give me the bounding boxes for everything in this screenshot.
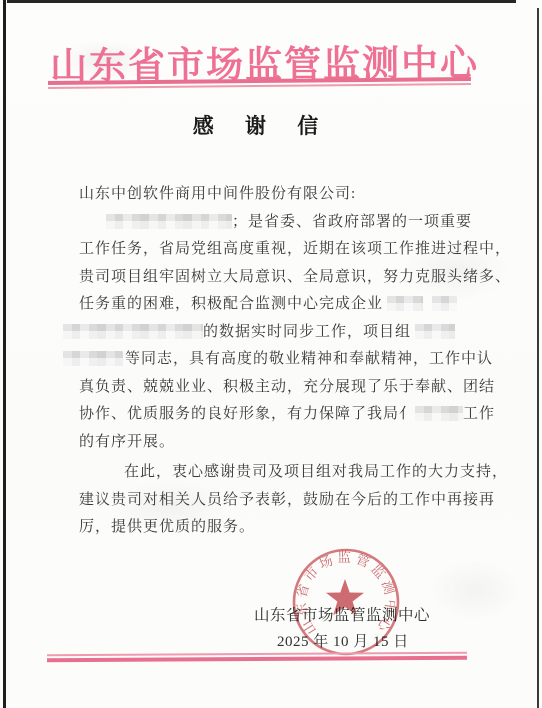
body-line: 任务重的困难，积极配合监测中心完成企业 <box>79 291 513 319</box>
body-line: 等同志，具有高度的敬业精神和奉献精神，工作中认 <box>79 346 513 374</box>
letter-body: 山东中创软件商用中间件股份有限公司: ；是省委、省政府部署的一项重要 工作任务，… <box>79 181 513 542</box>
redaction-block <box>432 296 457 311</box>
greeting-text: 山东中创软件商用中间件股份有限公司: <box>79 186 356 202</box>
photo-edge-right <box>537 8 539 708</box>
letter-scan: 山东省市场监管监测中心 感 谢 信 山东中创软件商用中间件股份有限公司: ；是省… <box>0 0 542 708</box>
photo-edge-left <box>3 0 6 708</box>
partial-char: 亻 <box>399 406 415 422</box>
photo-edge-top <box>7 0 516 3</box>
redaction-block <box>415 324 455 339</box>
redaction-block <box>106 214 232 229</box>
body-line: 的数据实时同步工作，项目组 <box>79 319 513 347</box>
body-line: 厉，提供更优质的服务。 <box>79 514 513 542</box>
redaction-block <box>63 351 123 366</box>
paper-smudge <box>430 560 520 620</box>
body-line: 工作任务，省局党组高度重视，近期在该项工作推进过程中， <box>79 236 513 264</box>
body-line: 的有序开展。 <box>79 429 513 457</box>
body-line: ；是省委、省政府部署的一项重要 <box>79 209 513 237</box>
body-line: 真负责、兢兢业业、积极主动，充分展现了乐于奉献、团结 <box>79 374 513 402</box>
official-seal: 山东省市场监管监测中心 <box>285 541 407 663</box>
body-line: 协作、优质服务的良好形象，有力保障了我局亻工作 <box>79 401 513 429</box>
redaction-block <box>415 406 463 421</box>
letter-title: 感 谢 信 <box>0 110 524 140</box>
redaction-block <box>63 324 203 339</box>
greeting-line: 山东中创软件商用中间件股份有限公司: <box>79 181 513 209</box>
body-line: 建议贵司对相关人员给予表彰，鼓励在今后的工作中再接再 <box>79 487 513 515</box>
body-line: 贵司项目组牢固树立大局意识、全局意识，努力克服头绪多、 <box>79 264 513 292</box>
star-icon <box>326 579 364 615</box>
body-line: 在此，衷心感谢贵司及项目组对我局工作的大力支持， <box>79 459 513 487</box>
redaction-block <box>387 296 423 311</box>
